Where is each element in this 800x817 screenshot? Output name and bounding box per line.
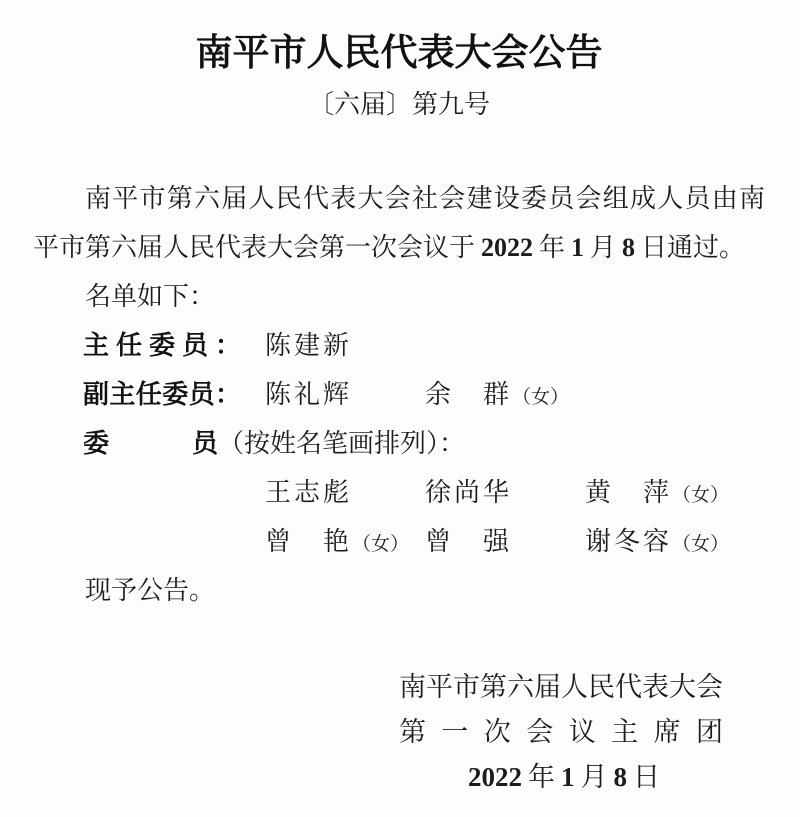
member-label-first: 委 [83, 419, 109, 468]
member-sort-note: （按姓名笔画排列）： [218, 429, 465, 458]
person-name-text: 徐尚华 [425, 478, 512, 507]
person-name: 徐尚华 [425, 468, 585, 520]
signature-year: 2022 [468, 762, 522, 792]
closing-statement: 现予公告。 [33, 566, 765, 615]
roster-row-members-header: 委员（按姓名笔画排列）： [33, 419, 765, 468]
person-name: 黄 萍（女） [585, 468, 745, 520]
signature-org-line-2: 第一次会议主席团 [399, 710, 723, 755]
person-name: 曾 强 [425, 517, 585, 569]
approval-day: 8 [622, 233, 635, 262]
roster-row-chairman: 主任委员：陈建新 [33, 321, 765, 370]
signature-year-unit: 年 [528, 762, 555, 792]
person-name: 陈建新 [265, 321, 425, 373]
person-name-text: 曾 艳 [265, 527, 352, 556]
person-name-text: 谢冬容 [585, 527, 672, 556]
role-label-vice-chairman: 副主任委员： [83, 370, 241, 419]
roster-row-members-2: 曾 艳（女）曾 强谢冬容（女） [33, 517, 765, 566]
signature-month: 1 [561, 762, 575, 792]
roster-row-members-1: 王志彪徐尚华黄 萍（女） [33, 468, 765, 517]
role-label-members: 委员 [83, 419, 218, 468]
member-label-second: 员 [192, 419, 218, 468]
person-name: 王志彪 [265, 468, 425, 520]
approval-month: 1 [571, 233, 584, 262]
signature-block: 南平市第六届人民代表大会 第一次会议主席团 2022年1月8日 [399, 665, 723, 800]
paragraph-line-2: 平市第六届人民代表大会第一次会议于2022年1月8日通过。 [33, 223, 765, 272]
person-name: 余 群（女） [425, 370, 585, 422]
approval-year: 2022 [481, 233, 533, 262]
person-name-text: 陈礼辉 [265, 380, 352, 409]
person-name: 曾 艳（女） [265, 517, 425, 569]
gender-note: （女） [512, 387, 569, 408]
document-body: 南平市第六届人民代表大会社会建设委员会组成人员由南 平市第六届人民代表大会第一次… [33, 174, 765, 615]
approval-month-unit: 月 [590, 233, 616, 262]
name-list: 曾 艳（女）曾 强谢冬容（女） [265, 517, 745, 569]
person-name-text: 黄 萍 [585, 478, 672, 507]
list-intro: 名单如下： [33, 272, 765, 321]
person-name-text: 余 群 [425, 380, 512, 409]
name-list: 王志彪徐尚华黄 萍（女） [265, 468, 745, 520]
gender-note: （女） [672, 485, 729, 506]
approval-year-unit: 年 [539, 233, 565, 262]
person-name-text: 陈建新 [265, 331, 352, 360]
paragraph-line-2-text: 平市第六届人民代表大会第一次会议于 [33, 233, 475, 262]
signature-date: 2022年1月8日 [399, 755, 723, 800]
person-name: 谢冬容（女） [585, 517, 745, 569]
gender-note: （女） [352, 534, 409, 555]
signature-day: 8 [614, 762, 628, 792]
announcement-document: 南平市人民代表大会公告 〔六届〕第九号 南平市第六届人民代表大会社会建设委员会组… [0, 0, 800, 817]
signature-day-unit: 日 [633, 762, 660, 792]
issue-number: 〔六届〕第九号 [33, 88, 765, 122]
gender-note: （女） [672, 534, 729, 555]
paragraph-line-1: 南平市第六届人民代表大会社会建设委员会组成人员由南 [33, 174, 765, 223]
person-name: 陈礼辉 [265, 370, 425, 422]
approval-day-tail: 日通过。 [641, 233, 745, 262]
signature-month-unit: 月 [581, 762, 608, 792]
person-name-text: 王志彪 [265, 478, 352, 507]
person-name-text: 曾 强 [425, 527, 512, 556]
signature-org-line-1: 南平市第六届人民代表大会 [399, 665, 723, 710]
roster-row-vice-chairmen: 副主任委员：陈礼辉余 群（女） [33, 370, 765, 419]
page-title: 南平市人民代表大会公告 [33, 30, 765, 76]
name-list: 陈礼辉余 群（女） [265, 370, 585, 422]
role-label-chairman: 主任委员： [83, 321, 241, 370]
name-list: 陈建新 [265, 321, 425, 373]
